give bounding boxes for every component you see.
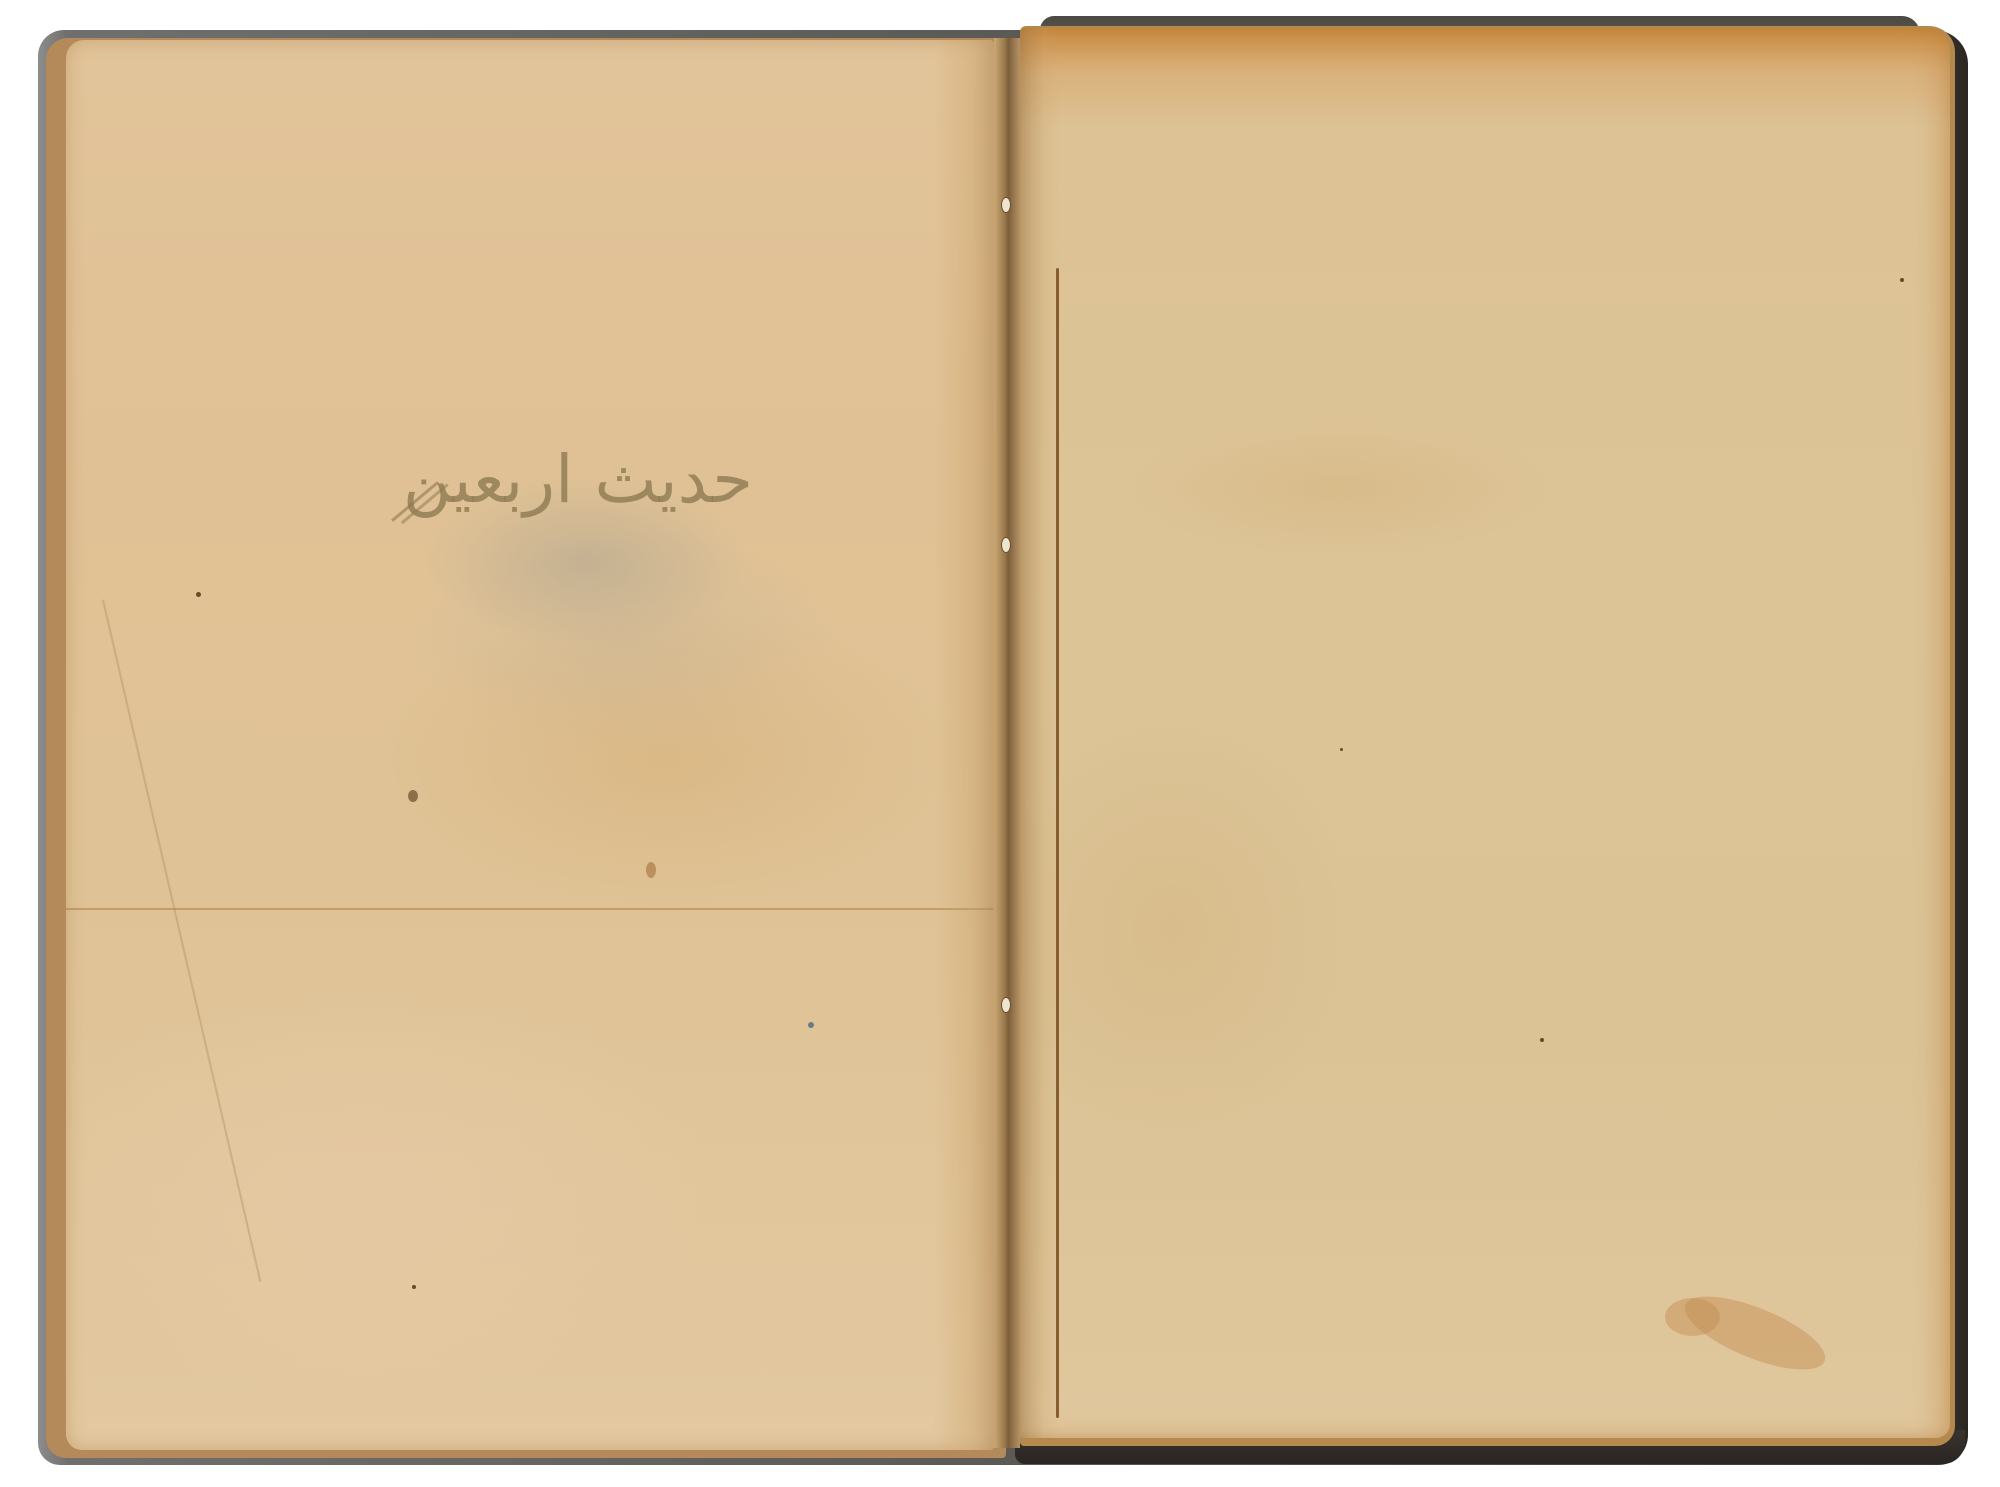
right-page: [1020, 28, 1950, 1438]
gutter-tear: [1056, 268, 1059, 1418]
book-photograph: حدیث اربعین: [0, 0, 2000, 1487]
manuscript-title-inscription: حدیث اربعین: [358, 425, 798, 545]
foxing-spot: [1900, 278, 1904, 282]
foxing-spot: [408, 790, 418, 802]
horizontal-fold-crease: [66, 908, 994, 910]
binding-stitch: [1002, 998, 1010, 1012]
left-page-spine-toning: [934, 40, 994, 1450]
right-page-gutter-shadow: [1020, 28, 1060, 1438]
foxing-spot: [1540, 1038, 1544, 1042]
diagonal-crease: [102, 600, 261, 1283]
left-page: [66, 40, 994, 1450]
spine-gutter: [994, 38, 1020, 1448]
foxing-spot: [646, 862, 656, 878]
foxing-spot: [196, 592, 201, 597]
foxing-spot: [808, 1022, 814, 1028]
foxing-spot: [1340, 748, 1343, 751]
foxing-spot: [412, 1285, 416, 1289]
binding-stitch: [1002, 538, 1010, 552]
binding-stitch: [1002, 198, 1010, 212]
